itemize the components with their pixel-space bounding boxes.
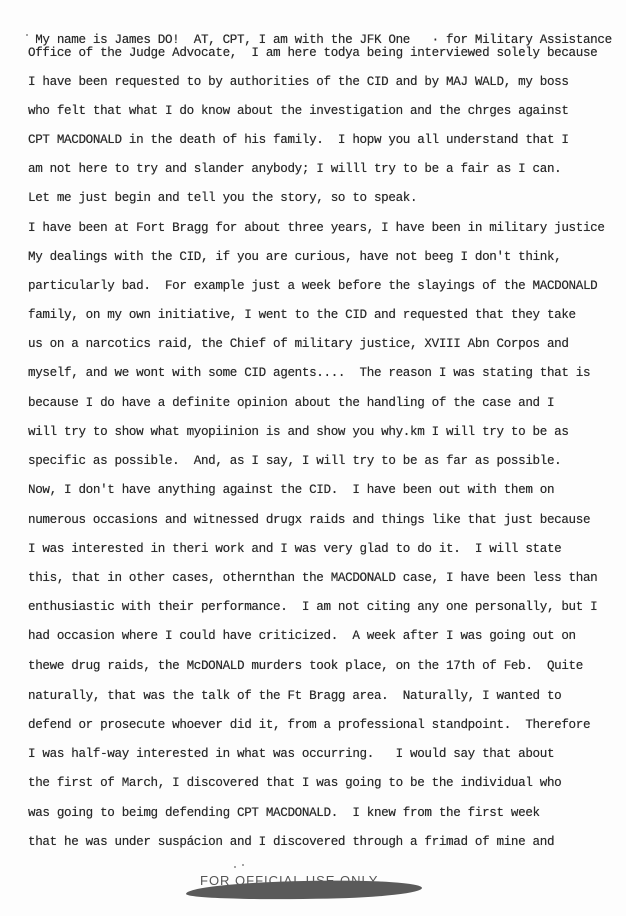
scan-speck [242, 864, 244, 866]
official-use-stamp: FOR OFFICIAL USE ONLY [186, 875, 422, 905]
scan-speck [26, 34, 28, 36]
text-line: family, on my own initiative, I went to … [28, 308, 576, 322]
text-line: Office of the Judge Advocate, I am here … [28, 46, 597, 60]
text-line: was going to beimg defending CPT MACDONA… [28, 806, 540, 820]
scan-speck [234, 866, 236, 868]
text-line: Let me just begin and tell you the story… [28, 191, 417, 205]
text-line: I have been requested to by authorities … [28, 75, 569, 89]
text-line: My dealings with the CID, if you are cur… [28, 250, 561, 264]
text-line: My name is James DO! AT, CPT, I am with … [28, 33, 612, 47]
text-line: numerous occasions and witnessed drugx r… [28, 513, 590, 527]
text-line: because I do have a definite opinion abo… [28, 396, 554, 410]
text-line: defend or prosecute whoever did it, from… [28, 718, 590, 732]
text-line: Now, I don't have anything against the C… [28, 483, 554, 497]
text-line: myself, and we wont with some CID agents… [28, 366, 590, 380]
text-line: who felt that what I do know about the i… [28, 104, 569, 118]
document-page: My name is James DO! AT, CPT, I am with … [0, 0, 626, 916]
text-line: thewe drug raids, the McDONALD murders t… [28, 659, 583, 673]
text-line: had occasion where I could have criticiz… [28, 629, 576, 643]
text-line: I have been at Fort Bragg for about thre… [28, 221, 605, 235]
text-line: this, that in other cases, othernthan th… [28, 571, 597, 585]
text-line: naturally, that was the talk of the Ft B… [28, 689, 561, 703]
text-line: particularly bad. For example just a wee… [28, 279, 597, 293]
text-line: enthusiastic with their performance. I a… [28, 600, 597, 614]
text-line: CPT MACDONALD in the death of his family… [28, 133, 569, 147]
text-line: specific as possible. And, as I say, I w… [28, 454, 561, 468]
text-line: will try to show what myopiinion is and … [28, 425, 569, 439]
text-line: I was interested in theri work and I was… [28, 542, 561, 556]
text-line: us on a narcotics raid, the Chief of mil… [28, 337, 569, 351]
text-line: that he was under suspácion and I discov… [28, 835, 554, 849]
text-line: am not here to try and slander anybody; … [28, 162, 561, 176]
text-line: the first of March, I discovered that I … [28, 776, 561, 790]
text-line: I was half-way interested in what was oc… [28, 747, 554, 761]
